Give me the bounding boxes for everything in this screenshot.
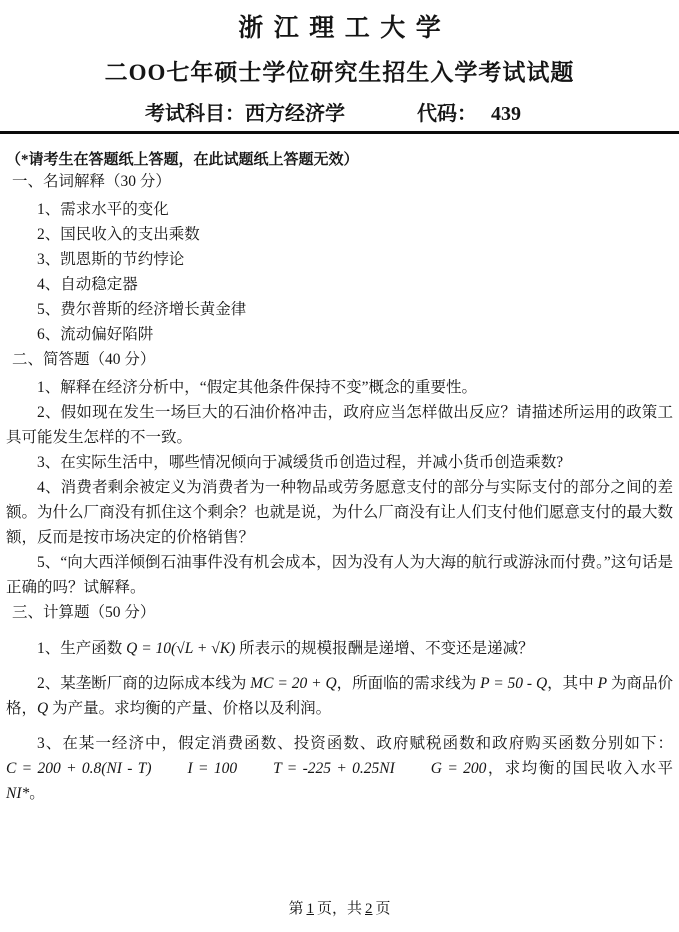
calculation-item: 2、某垄断厂商的边际成本线为 MC = 20 + Q，所面临的需求线为 P = … bbox=[6, 671, 673, 721]
section-calculation: 三、计算题（50 分） 1、生产函数 Q = 10(√L + √K) 所表示的规… bbox=[6, 600, 673, 806]
math-formula: P = 50 - Q bbox=[480, 675, 547, 692]
math-formula: T = -225 + 0.25NI bbox=[273, 760, 395, 777]
short-answer-item: 5、“向大西洋倾倒石油事件没有机会成本，因为没有人为大海的航行或游泳而付费。”这… bbox=[6, 550, 673, 600]
text-run: 2、某垄断厂商的边际成本线为 bbox=[37, 675, 250, 692]
calculation-item: 3、在某一经济中，假定消费函数、投资函数、政府赋税函数和政府购买函数分别如下：C… bbox=[6, 731, 673, 806]
short-answer-item: 4、消费者剩余被定义为消费者为一种物品或劳务愿意支付的部分与实际支付的部分之间的… bbox=[6, 475, 673, 550]
text-run: ，求均衡的国民收入水平 bbox=[486, 760, 673, 777]
page-footer: 第1页，共2页 bbox=[0, 897, 679, 918]
code-value: 439 bbox=[491, 103, 521, 125]
code-label: 代码： bbox=[417, 103, 477, 125]
exam-subject: 考试科目：西方经济学 bbox=[145, 97, 345, 126]
exam-header: 浙江理工大学 二OO七年硕士学位研究生招生入学考试试题 考试科目：西方经济学 代… bbox=[0, 0, 679, 134]
text-run: 5、费尔普斯的经济增长黄金律 bbox=[37, 301, 246, 318]
text-run: 页 bbox=[376, 901, 391, 917]
text-run: ，所面临的需求线为 bbox=[337, 675, 480, 692]
math-formula: C = 200 + 0.8(NI - T) bbox=[6, 760, 152, 777]
exam-title: 二OO七年硕士学位研究生招生入学考试试题 bbox=[0, 54, 679, 87]
text-run: 1、解释在经济分析中，“假定其他条件保持不变”概念的重要性。 bbox=[37, 379, 477, 396]
math-formula: I = 100 bbox=[188, 760, 238, 777]
section-terms: 一、名词解释（30 分） 1、需求水平的变化 2、国民收入的支出乘数 3、凯恩斯… bbox=[6, 169, 673, 347]
text-run: 3、凯恩斯的节约悖论 bbox=[37, 251, 184, 268]
subject-code-row: 考试科目：西方经济学 代码：439 bbox=[145, 97, 679, 131]
question-body: 一、名词解释（30 分） 1、需求水平的变化 2、国民收入的支出乘数 3、凯恩斯… bbox=[0, 169, 679, 806]
text-run: 1、生产函数 bbox=[37, 640, 126, 657]
term-item: 4、自动稳定器 bbox=[6, 272, 673, 297]
university-name: 浙江理工大学 bbox=[0, 8, 679, 44]
term-item: 3、凯恩斯的节约悖论 bbox=[6, 247, 673, 272]
text-run: 第 bbox=[288, 901, 303, 917]
text-run: 3、在某一经济中，假定消费函数、投资函数、政府赋税函数和政府购买函数分别如下： bbox=[37, 735, 673, 752]
short-answer-item: 1、解释在经济分析中，“假定其他条件保持不变”概念的重要性。 bbox=[6, 375, 673, 400]
term-item: 1、需求水平的变化 bbox=[6, 197, 673, 222]
short-answer-item: 2、假如现在发生一场巨大的石油价格冲击，政府应当怎样做出反应？请描述所运用的政策… bbox=[6, 400, 673, 450]
short-answer-item: 3、在实际生活中，哪些情况倾向于减缓货币创造过程，并减小货币创造乘数? bbox=[6, 450, 673, 475]
section-calculation-heading: 三、计算题（50 分） bbox=[12, 600, 673, 626]
calculation-item: 1、生产函数 Q = 10(√L + √K) 所表示的规模报酬是递增、不变还是递… bbox=[6, 636, 673, 661]
text-run: 2、假如现在发生一场巨大的石油价格冲击，政府应当怎样做出反应？请描述所运用的政策… bbox=[6, 404, 673, 446]
math-formula: Q bbox=[37, 700, 48, 717]
answer-sheet-notice: （*请考生在答题纸上答题，在此试题纸上答题无效） bbox=[6, 148, 673, 169]
section-short-answer: 二、简答题（40 分） 1、解释在经济分析中，“假定其他条件保持不变”概念的重要… bbox=[6, 347, 673, 600]
text-run: 页，共 bbox=[317, 901, 362, 917]
term-item: 6、流动偏好陷阱 bbox=[6, 322, 673, 347]
math-formula: NI* bbox=[6, 785, 29, 802]
text-run: 5、“向大西洋倾倒石油事件没有机会成本，因为没有人为大海的航行或游泳而付费。”这… bbox=[6, 554, 673, 596]
exam-code: 代码：439 bbox=[417, 97, 521, 126]
math-formula: Q = 10(√L + √K) bbox=[126, 640, 235, 657]
text-run: 6、流动偏好陷阱 bbox=[37, 326, 153, 343]
text-run: 3、在实际生活中，哪些情况倾向于减缓货币创造过程，并减小货币创造乘数? bbox=[37, 454, 563, 471]
text-run: 2、国民收入的支出乘数 bbox=[37, 226, 200, 243]
section-short-answer-heading: 二、简答题（40 分） bbox=[12, 347, 673, 373]
page-number: 1 bbox=[303, 901, 317, 917]
exam-paper-page: 浙江理工大学 二OO七年硕士学位研究生招生入学考试试题 考试科目：西方经济学 代… bbox=[0, 0, 679, 932]
math-formula: MC = 20 + Q bbox=[250, 675, 336, 692]
text-run: 所表示的规模报酬是递增、不变还是递减？ bbox=[235, 640, 533, 657]
term-item: 2、国民收入的支出乘数 bbox=[6, 222, 673, 247]
section-terms-heading: 一、名词解释（30 分） bbox=[12, 169, 673, 195]
text-run: 为产量。求均衡的产量、价格以及利润。 bbox=[48, 700, 331, 717]
page-number: 2 bbox=[362, 901, 376, 917]
text-run: 4、自动稳定器 bbox=[37, 276, 138, 293]
math-formula: P bbox=[598, 675, 607, 692]
text-run: 。 bbox=[29, 785, 45, 802]
math-formula: G = 200 bbox=[431, 760, 487, 777]
text-run: 1、需求水平的变化 bbox=[37, 201, 169, 218]
term-item: 5、费尔普斯的经济增长黄金律 bbox=[6, 297, 673, 322]
text-run: ，其中 bbox=[547, 675, 597, 692]
text-run: 4、消费者剩余被定义为消费者为一种物品或劳务愿意支付的部分与实际支付的部分之间的… bbox=[6, 479, 673, 546]
